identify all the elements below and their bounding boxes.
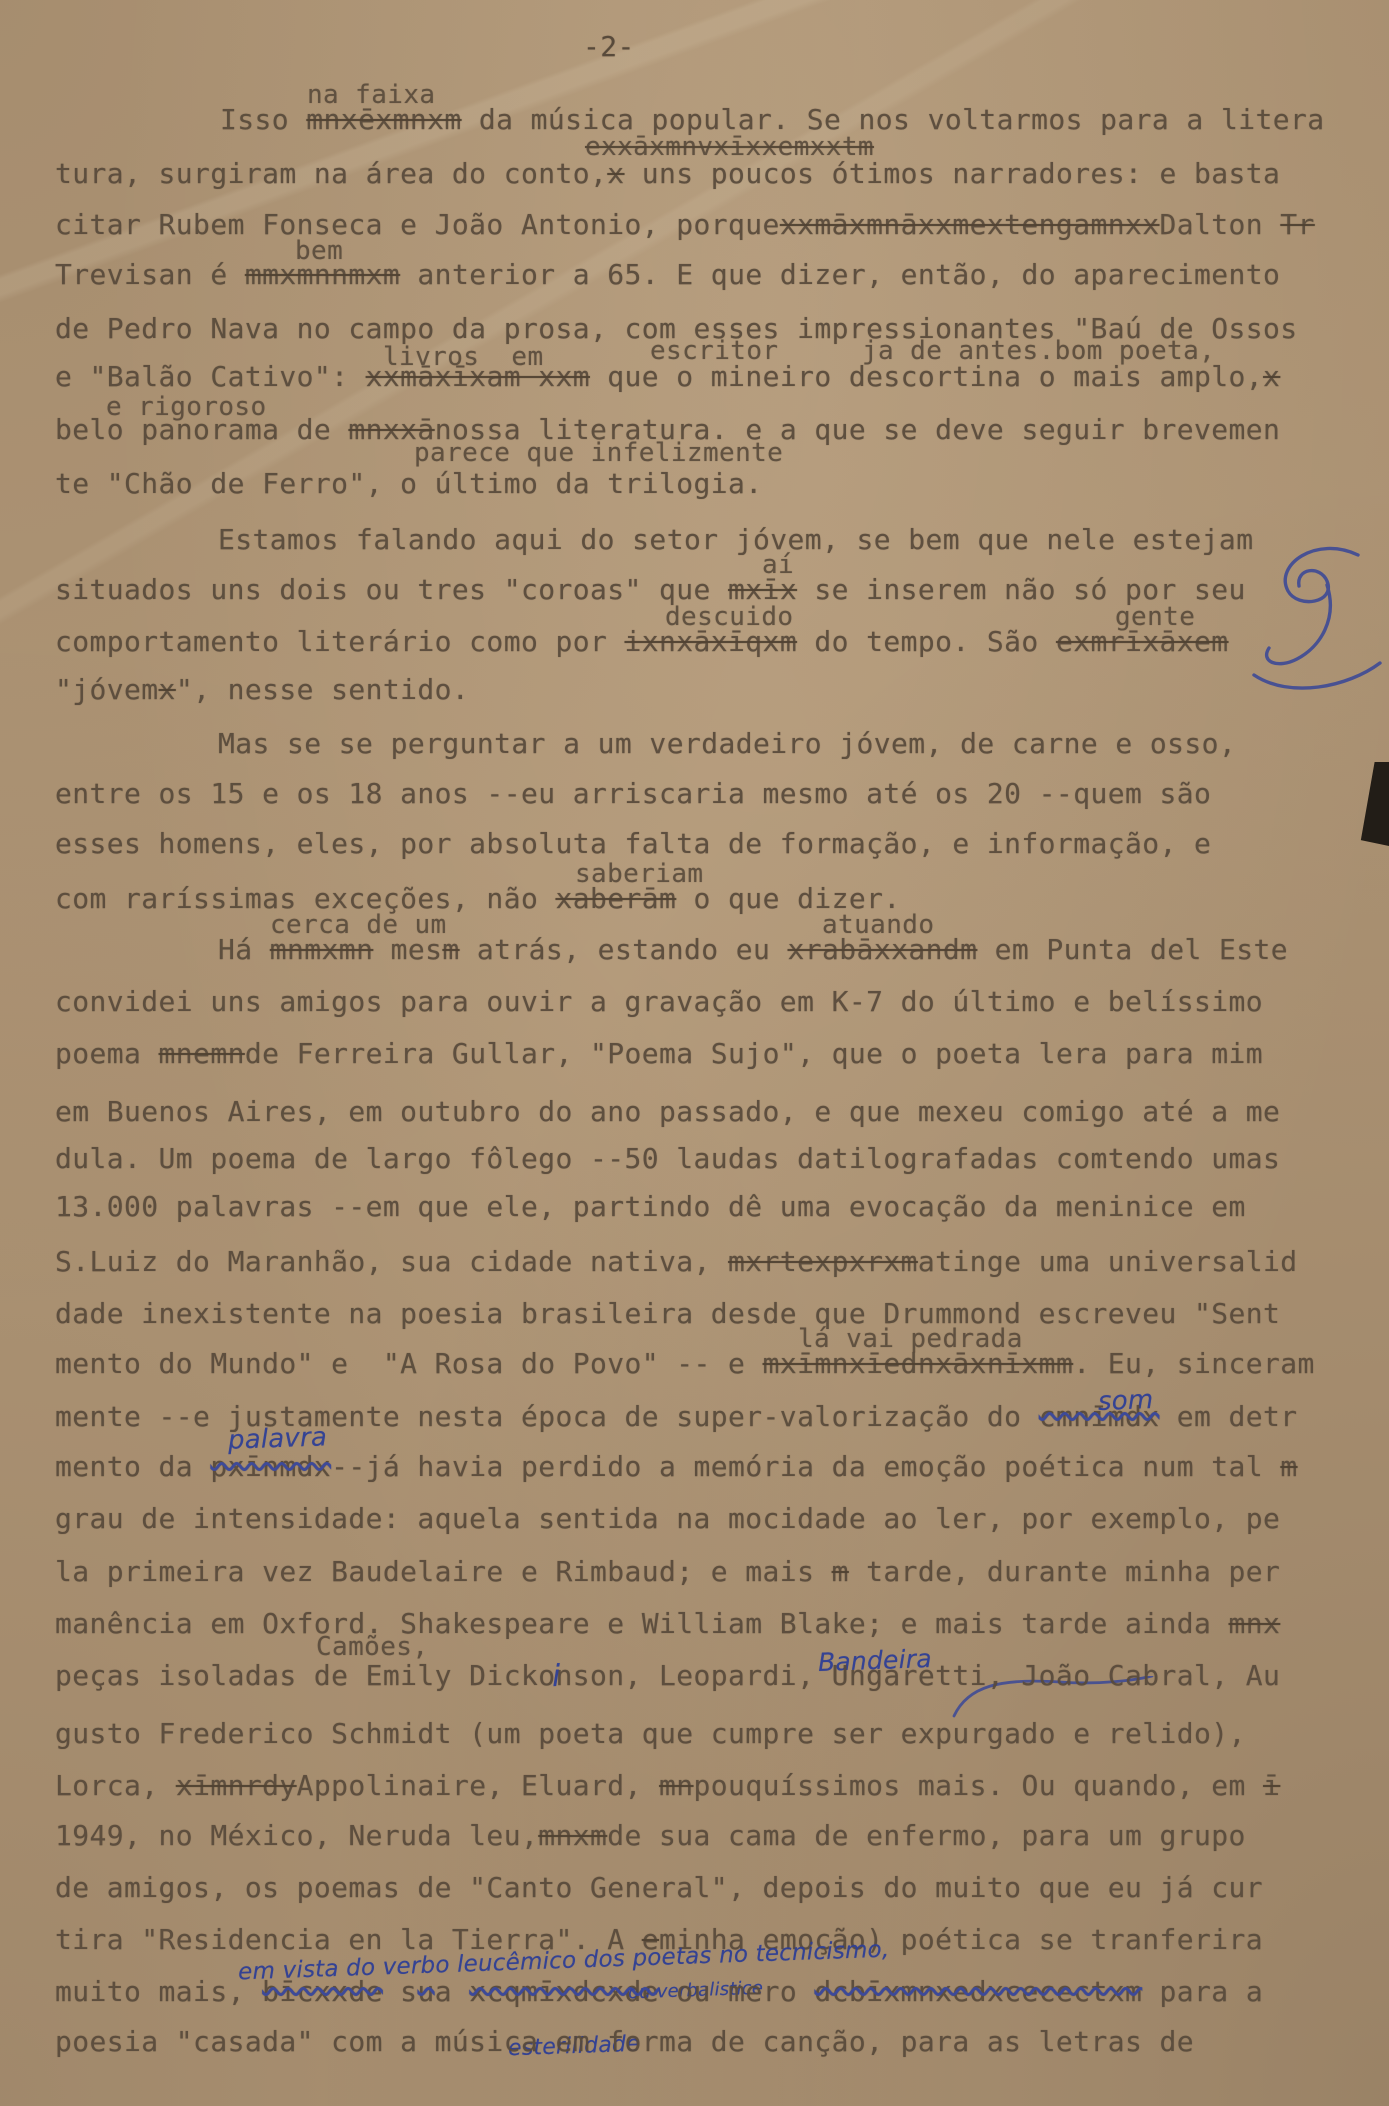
typed-line: tura, surgiram na área do conto,x uns po… <box>55 160 1280 188</box>
struck-text: xaberām <box>555 882 676 915</box>
typed-line: esses homens, eles, por absoluta falta d… <box>55 830 1211 858</box>
struck-text: u <box>417 1975 434 2008</box>
typed-line: "jóvemx", nesse sentido. <box>55 676 469 704</box>
text-run: 1949, no México, Neruda leu, <box>55 1819 538 1852</box>
text-run: de sua cama de enfermo, para um grupo <box>607 1819 1246 1852</box>
text-run: Dalton <box>1159 208 1280 241</box>
text-run: gusto Frederico Schmidt (um poeta que cu… <box>55 1717 1246 1750</box>
document-page: -2- na faixaIsso mnxēxmnxm da música pop… <box>0 0 1389 2106</box>
struck-text: m <box>1280 1450 1297 1483</box>
struck-text: xcqmīxdcxde <box>469 1975 659 2008</box>
struck-text: x <box>607 157 624 190</box>
struck-text: mxrtexpxrxm <box>728 1245 918 1278</box>
text-run: --já havia perdido a memória da emoção p… <box>331 1450 1280 1483</box>
text-run: mes <box>373 933 442 966</box>
typed-line: mento da pxīnmdx--já havia perdido a mem… <box>55 1453 1298 1481</box>
typed-line: 13.000 palavras --em que ele, partindo d… <box>55 1193 1246 1221</box>
text-run: tarde, durante minha per <box>849 1555 1280 1588</box>
pen-flourish-mark <box>1248 545 1388 710</box>
typed-line: e "Balão Cativo": xxmāxīxam xxm que o mi… <box>55 363 1280 391</box>
typed-line: grau de intensidade: aquela sentida na m… <box>55 1505 1280 1533</box>
text-run: s <box>383 1975 418 2008</box>
struck-text: x <box>159 673 176 706</box>
text-run: tura, surgiram na área do conto, <box>55 157 607 190</box>
text-run: Appolinaire, Eluard, <box>297 1769 659 1802</box>
text-run: para a <box>1142 1975 1263 2008</box>
typed-line: peças isoladas de Emily Dickonson, Leopa… <box>55 1662 1280 1690</box>
typed-line: 1949, no México, Neruda leu,mnxmde sua c… <box>55 1822 1246 1850</box>
text-run: te "Chão de Ferro", o último da trilogia… <box>55 467 763 500</box>
text-run: peças isoladas de Emily Dickonson, Leopa… <box>55 1659 1280 1692</box>
page-number: -2- <box>583 30 635 63</box>
struck-text: x <box>1263 360 1280 393</box>
text-run: de Ferreira Gullar, "Poema Sujo", que o … <box>245 1037 1263 1070</box>
typed-line: comportamento literário como por ixnxāxī… <box>55 628 1229 656</box>
typed-line: muito mais, bīcxxde sua xcqmīxdcxde ou m… <box>55 1978 1263 2006</box>
text-run: grau de intensidade: aquela sentida na m… <box>55 1502 1280 1535</box>
text-run: 13.000 palavras --em que ele, partindo d… <box>55 1190 1246 1223</box>
struck-text: mnxēxmnxm <box>306 103 461 136</box>
text-run: atrás, estando eu <box>460 933 788 966</box>
text-run: ou mero <box>659 1975 814 2008</box>
typed-line: Há mnmxmn mesm atrás, estando eu xrabāxx… <box>218 936 1288 964</box>
typed-line: S.Luiz do Maranhão, sua cidade nativa, m… <box>55 1248 1298 1276</box>
text-run: Mas se se perguntar a um verdadeiro jóve… <box>218 727 1236 760</box>
struck-text: m <box>832 1555 849 1588</box>
struck-text: mnmxmn <box>270 933 374 966</box>
text-run: poesia "casada" com a música em forma de… <box>55 2025 1194 2058</box>
text-run: belo panorama de <box>55 413 348 446</box>
text-run: citar Rubem Fonseca e João Antonio, porq… <box>55 208 780 241</box>
text-run: e "Balão Cativo": <box>55 360 366 393</box>
typed-line: Isso mnxēxmnxm da música popular. Se nos… <box>220 106 1325 134</box>
text-run: em detr <box>1160 1400 1298 1433</box>
text-run: mento da <box>55 1450 210 1483</box>
typed-line: mento do Mundo" e "A Rosa do Povo" -- e … <box>55 1350 1315 1378</box>
typed-line: citar Rubem Fonseca e João Antonio, porq… <box>55 211 1315 239</box>
text-run: de amigos, os poemas de "Canto General",… <box>55 1871 1263 1904</box>
typed-line: Lorca, xīmnrdyAppolinaire, Eluard, mnpou… <box>55 1772 1280 1800</box>
typed-line: Mas se se perguntar a um verdadeiro jóve… <box>218 730 1236 758</box>
text-run: convidei uns amigos para ouvir a gravaçã… <box>55 985 1263 1018</box>
handwritten-note: i <box>551 1662 561 1692</box>
text-run: Lorca, <box>55 1769 176 1802</box>
text-run: ", nesse sentido. <box>176 673 469 706</box>
typed-line: de amigos, os poemas de "Canto General",… <box>55 1874 1263 1902</box>
struck-text: xrabāxxandm <box>788 933 978 966</box>
text-run: la primeira vez Baudelaire e Rimbaud; e … <box>55 1555 832 1588</box>
struck-text: m <box>442 933 459 966</box>
typed-line: Estamos falando aqui do setor jóvem, se … <box>218 526 1253 554</box>
text-run: a <box>435 1975 470 2008</box>
typed-line: dade inexistente na poesia brasileira de… <box>55 1300 1280 1328</box>
text-run: poema <box>55 1037 159 1070</box>
text-run: entre os 15 e os 18 anos --eu arriscaria… <box>55 777 1211 810</box>
text-run: "jóvem <box>55 673 159 706</box>
typed-line: gusto Frederico Schmidt (um poeta que cu… <box>55 1720 1246 1748</box>
struck-text: ixnxāxīqxm <box>625 625 798 658</box>
struck-text: ī <box>1263 1769 1280 1802</box>
struck-text: mnx <box>1229 1607 1281 1640</box>
struck-text: dcbīxmnxedxcecectxm <box>814 1975 1142 2008</box>
struck-text: mnxm <box>538 1819 607 1852</box>
text-run: Isso <box>220 103 306 136</box>
struck-text: mxīmnxīednxāxnīxmm <box>763 1347 1074 1380</box>
text-run: Camões, <box>316 1632 428 1662</box>
typed-line: Trevisan é mmxmnnmxm anterior a 65. E qu… <box>55 261 1280 289</box>
typed-line: la primeira vez Baudelaire e Rimbaud; e … <box>55 1558 1280 1586</box>
text-run: manência em Oxford. Shakespeare e Willia… <box>55 1607 1229 1640</box>
text-run: anterior a 65. E que dizer, então, do ap… <box>400 258 1280 291</box>
typed-line: poesia "casada" com a música em forma de… <box>55 2028 1194 2056</box>
struck-text: cmnīmdx <box>1039 1400 1160 1433</box>
struck-text: Tr <box>1280 208 1315 241</box>
scan-artifact <box>1357 762 1389 846</box>
text-run: S.Luiz do Maranhão, sua cidade nativa, <box>55 1245 728 1278</box>
struck-text: mnemn <box>159 1037 245 1070</box>
text-run: uns poucos ótimos narradores: e basta <box>625 157 1281 190</box>
text-run: pouquíssimos mais. Ou quando, em <box>694 1769 1264 1802</box>
typed-correction: parece que infelizmente <box>414 440 783 466</box>
typed-line: poema mnemnde Ferreira Gullar, "Poema Su… <box>55 1040 1263 1068</box>
typed-line: te "Chão de Ferro", o último da trilogia… <box>55 470 763 498</box>
struck-text: mn <box>659 1769 694 1802</box>
typed-line: situados uns dois ou tres "coroas" que m… <box>55 576 1246 604</box>
typed-correction: Camões, <box>316 1634 428 1660</box>
text-run: comportamento literário como por <box>55 625 625 658</box>
text-run: . Eu, sinceram <box>1073 1347 1315 1380</box>
text-run: mento do Mundo" e "A Rosa do Povo" -- e <box>55 1347 763 1380</box>
struck-text: bīcxxde <box>262 1975 383 2008</box>
text-run: em Punta del Este <box>977 933 1288 966</box>
typed-line: entre os 15 e os 18 anos --eu arriscaria… <box>55 780 1211 808</box>
text-run: Estamos falando aqui do setor jóvem, se … <box>218 523 1253 556</box>
text-run: dula. Um poema de largo fôlego --50 laud… <box>55 1142 1280 1175</box>
text-run: atinge uma universalid <box>918 1245 1298 1278</box>
struck-text: pxīnmdx <box>210 1450 331 1483</box>
text-run: muito mais, <box>55 1975 262 2008</box>
typed-line: convidei uns amigos para ouvir a gravaçã… <box>55 988 1263 1016</box>
struck-text: xxmāxmnāxxmextengamnxx <box>780 208 1160 241</box>
typed-line: em Buenos Aires, em outubro do ano passa… <box>55 1098 1280 1126</box>
typed-line: com raríssimas exceções, não xaberām o q… <box>55 885 901 913</box>
typed-line: manência em Oxford. Shakespeare e Willia… <box>55 1610 1280 1638</box>
struck-text: xīmnrdy <box>176 1769 297 1802</box>
struck-text: xxmāxīxam xxm <box>366 360 590 393</box>
typed-line: dula. Um poema de largo fôlego --50 laud… <box>55 1145 1280 1173</box>
text-run: mente --e justamente nesta época de supe… <box>55 1400 1039 1433</box>
text-run: que o mineiro descortina o mais amplo, <box>590 360 1263 393</box>
text-run: esses homens, eles, por absoluta falta d… <box>55 827 1211 860</box>
text-run: parece que infelizmente <box>414 438 783 468</box>
text-run: i <box>551 1659 561 1694</box>
text-run: em Buenos Aires, em outubro do ano passa… <box>55 1095 1280 1128</box>
text-run: situados uns dois ou tres "coroas" que <box>55 573 728 606</box>
text-run: do tempo. São <box>797 625 1056 658</box>
text-run: Trevisan é <box>55 258 245 291</box>
struck-text: exmrīxāxem <box>1056 625 1229 658</box>
text-run: Há <box>218 933 270 966</box>
struck-text: mmxmnnmxm <box>245 258 400 291</box>
text-run: dade inexistente na poesia brasileira de… <box>55 1297 1280 1330</box>
